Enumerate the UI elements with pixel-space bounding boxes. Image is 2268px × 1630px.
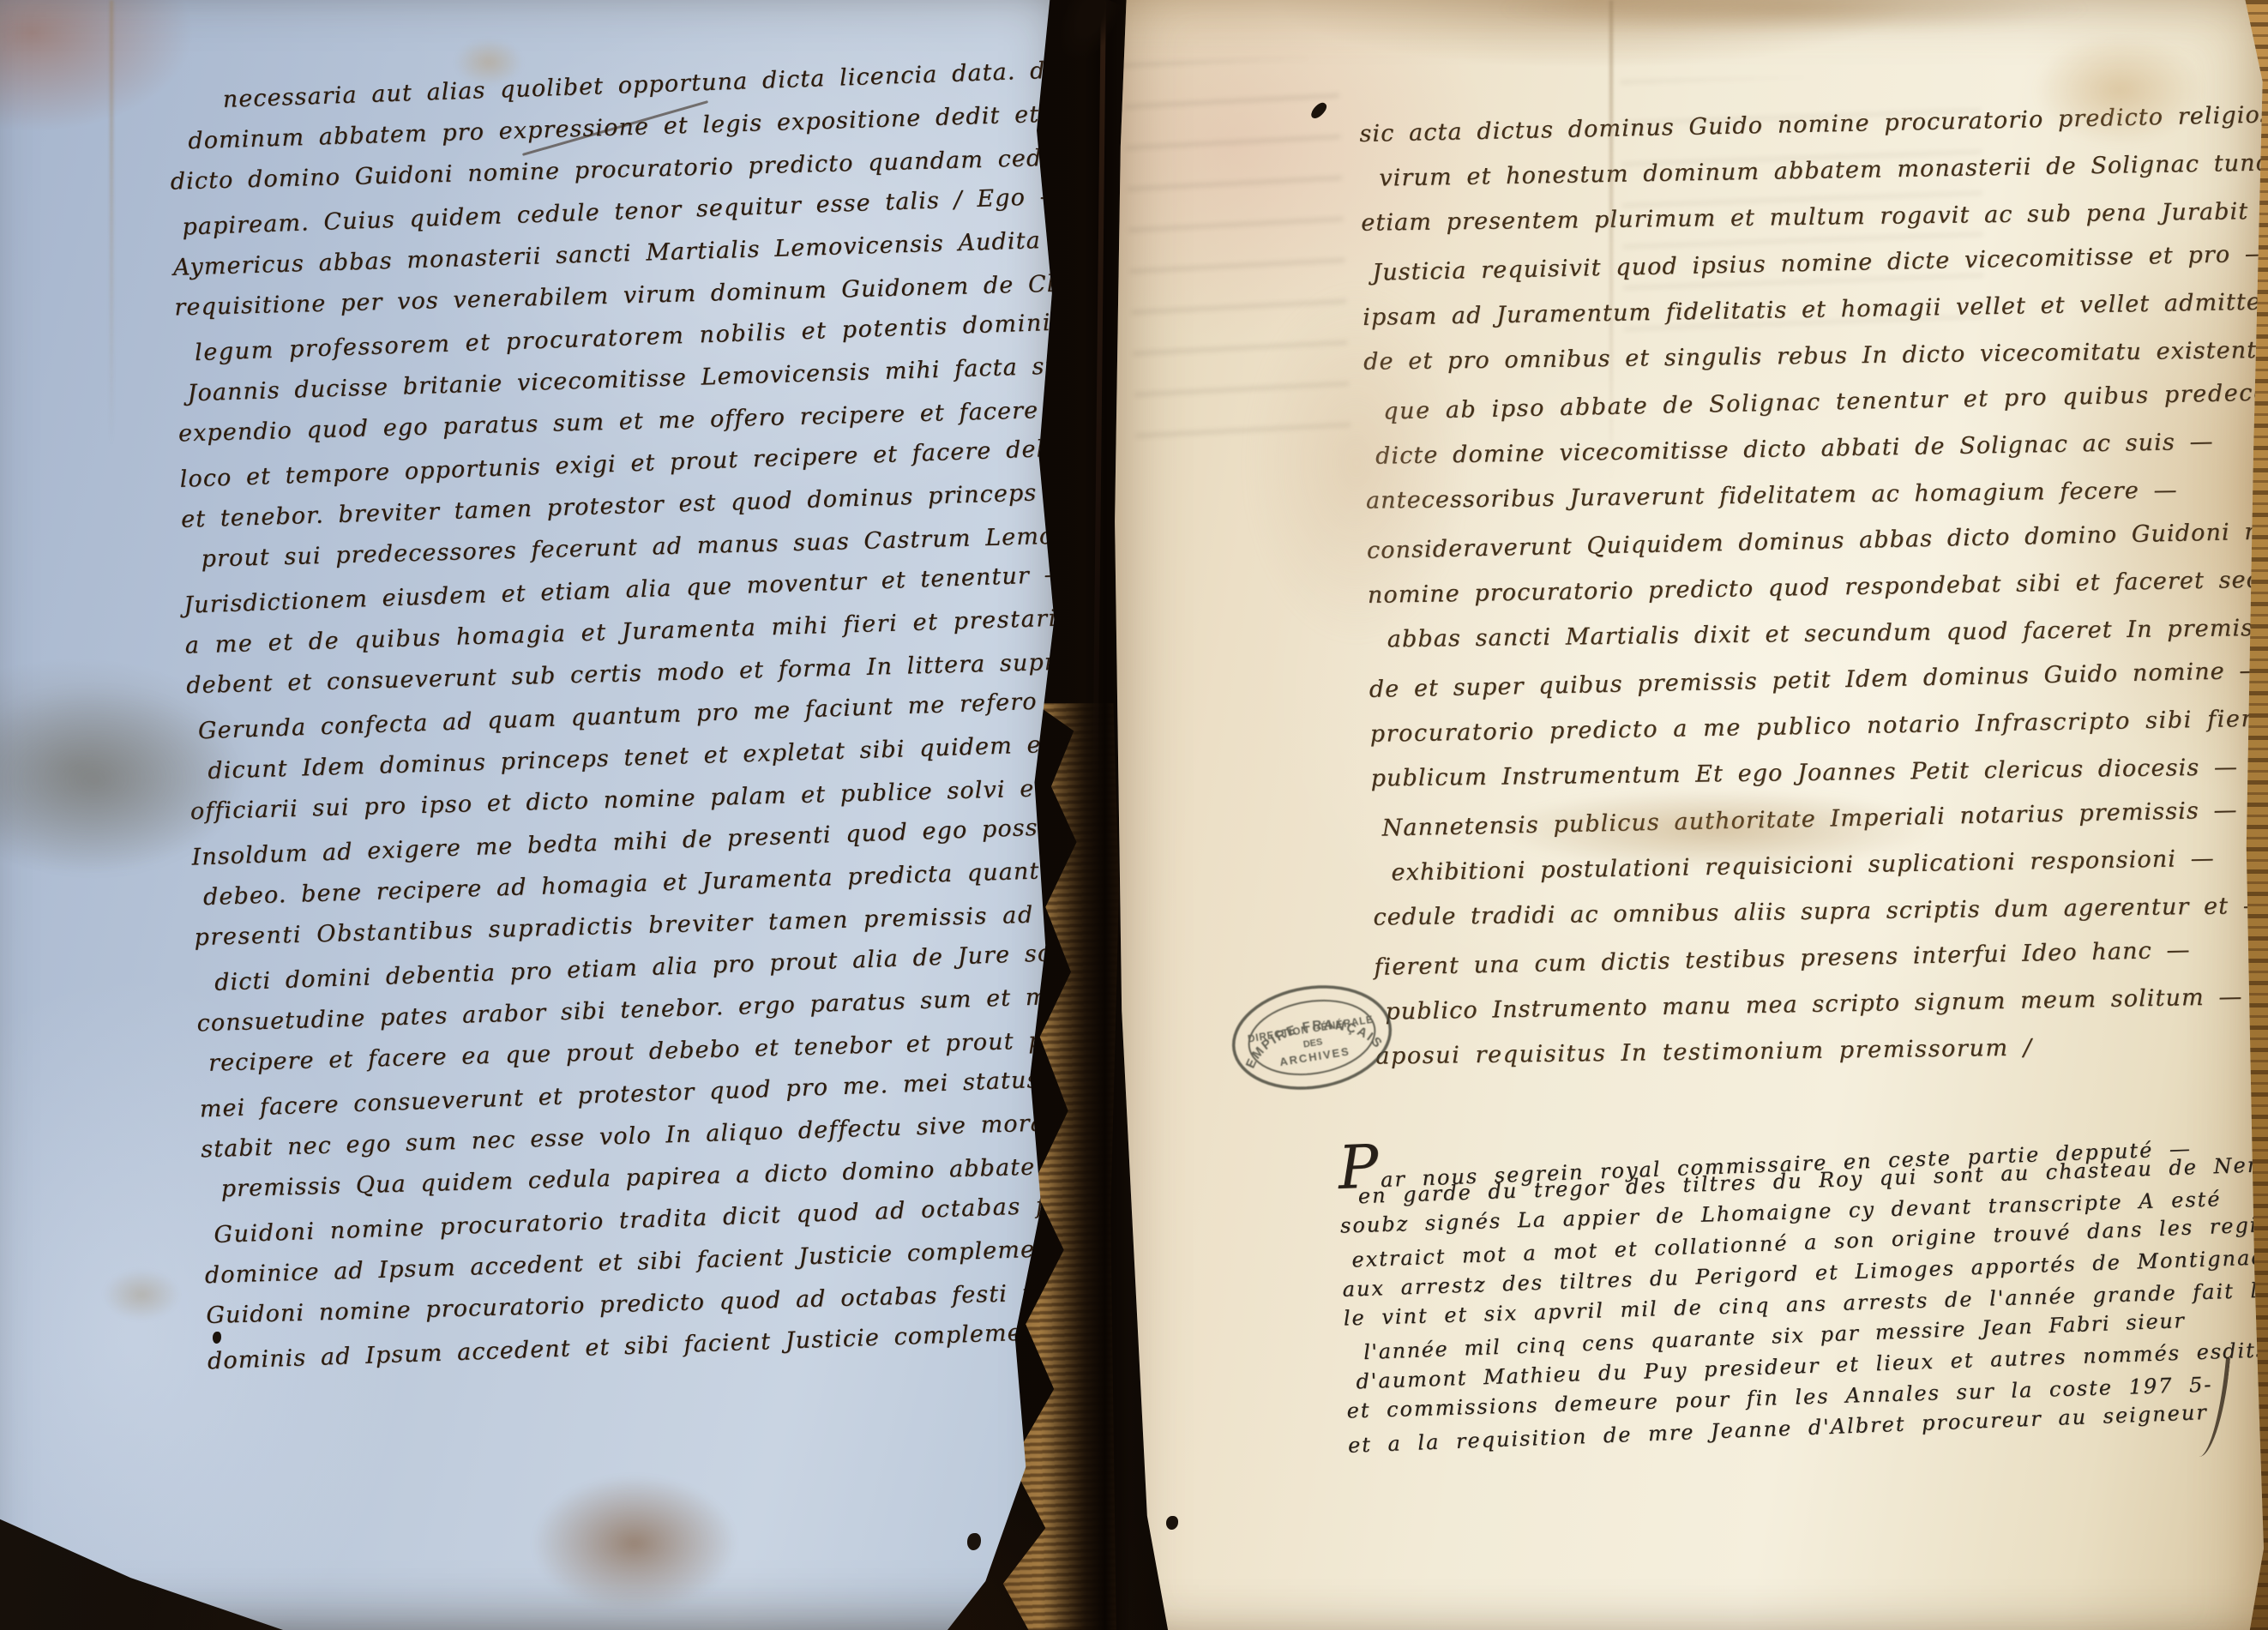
right-page-latin-text: sic acta dictus dominus Guido nomine pro… bbox=[1359, 94, 2268, 1082]
damp-stain bbox=[532, 1475, 737, 1612]
archivist-note-french: Par nous segrein royal commissaire en ce… bbox=[1338, 1119, 2265, 1459]
ink-speck bbox=[967, 1533, 981, 1550]
right-page: sic acta dictus dominus Guido nomine pro… bbox=[1108, 0, 2264, 1630]
paper-crease bbox=[1609, 0, 1613, 480]
manuscript-photo: necessaria aut alias quolibet opportuna … bbox=[0, 0, 2268, 1630]
ink-speck bbox=[1308, 100, 1328, 122]
ink-speck bbox=[1166, 1516, 1178, 1530]
left-page: necessaria aut alias quolibet opportuna … bbox=[0, 0, 1089, 1630]
left-page-text: necessaria aut alias quolibet opportuna … bbox=[167, 50, 1129, 1380]
stamp-text-des: DES bbox=[1302, 1037, 1323, 1050]
top-edge-stain bbox=[1494, 0, 2094, 34]
paper-crease bbox=[110, 0, 113, 446]
archive-stamp: EMPIRE FRANÇAIS DIRECTION GÉNÉRALE DES A… bbox=[1220, 970, 1404, 1104]
foxing-spot bbox=[103, 1269, 180, 1320]
